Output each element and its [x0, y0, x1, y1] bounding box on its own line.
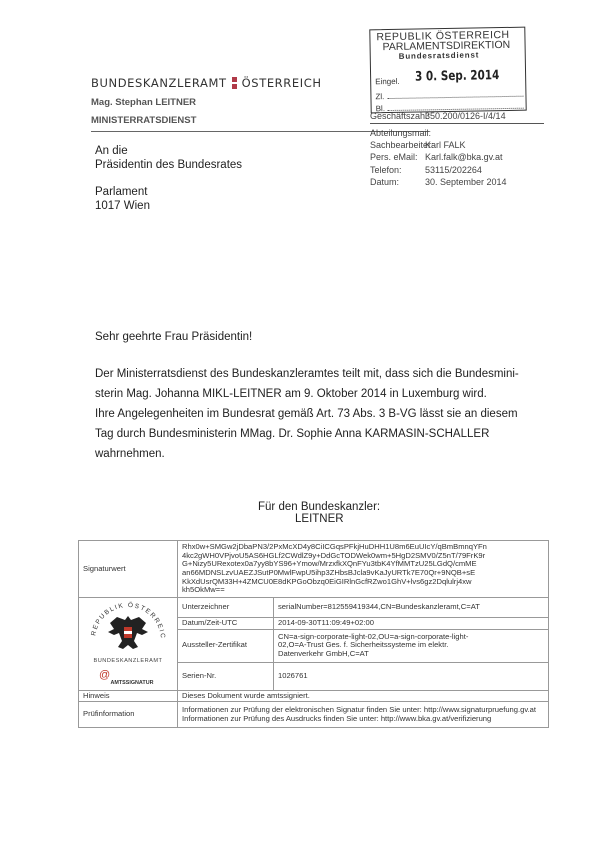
pruef-value: Informationen zur Prüfung der elektronis… [178, 702, 549, 728]
body-line: wahrnehmen. [95, 444, 525, 464]
aussteller-value: CN=a-sign-corporate-light-02,OU=a-sign-c… [274, 629, 549, 662]
receipt-stamp: REPUBLIK ÖSTERREICH PARLAMENTSDIREKTION … [369, 27, 526, 114]
serien-label: Serien-Nr. [178, 662, 274, 690]
stamp-eingel-label: Eingel. [375, 77, 400, 86]
body-line: Der Ministerratsdienst des Bundeskanzler… [95, 364, 525, 384]
org-name-left: BUNDESKANZLERAMT [91, 76, 227, 90]
recipient-address: An die Präsidentin des Bundesrates [95, 144, 242, 172]
contact-row: Telefon:53115/202264 [370, 165, 507, 177]
stamp-zl-label: Zl. [375, 92, 384, 101]
table-row: REPUBLIK ÖSTERREICH BUNDESKANZLERAMT @ A… [79, 598, 549, 618]
unterzeichner-label: Unterzeichner [178, 598, 274, 618]
contact-row: Sachbearbeiter:Karl FALK [370, 140, 507, 152]
reference-value: 350.200/0126-I/4/14 [425, 111, 506, 121]
serien-value: 1026761 [274, 662, 549, 690]
org-name-right: ÖSTERREICH [242, 76, 322, 90]
salutation: Sehr geehrte Frau Präsidentin! [95, 331, 252, 343]
recipient-location: Parlament 1017 Wien [95, 185, 150, 213]
email-link[interactable]: Karl.falk@bka.gv.at [425, 152, 503, 164]
hinweis-value: Dieses Dokument wurde amtssigniert. [178, 690, 549, 702]
amtssignatur-logo: REPUBLIK ÖSTERREICH BUNDESKANZLERAMT @ A… [79, 598, 178, 691]
table-row: Prüfinformation Informationen zur Prüfun… [79, 702, 549, 728]
sender-department: MINISTERRATSDIENST [91, 115, 196, 126]
sender-name: Mag. Stephan LEITNER [91, 97, 196, 108]
body-line: Tag durch Bundesministerin MMag. Dr. Sop… [95, 424, 525, 444]
stamp-zl-line [387, 88, 523, 99]
datum-value: 2014-09-30T11:09:49+02:00 [274, 618, 549, 630]
hinweis-label: Hinweis [79, 690, 178, 702]
verification-link[interactable]: Informationen zur Prüfung des Ausdrucks … [182, 715, 544, 724]
pruef-label: Prüfinformation [79, 702, 178, 728]
body-line: sterin Mag. Johanna MIKL-LEITNER am 9. O… [95, 384, 525, 404]
stamp-line-3: Bundesratsdienst [399, 50, 480, 60]
svg-text:AMTSSIGNATUR: AMTSSIGNATUR [110, 680, 153, 686]
austrian-eagle-icon: REPUBLIK ÖSTERREICH BUNDESKANZLERAMT @ A… [83, 600, 173, 688]
table-row: Hinweis Dieses Dokument wurde amtssignie… [79, 690, 549, 702]
signature-table: Signaturwert Rhx0w+SMGw2jDbaPN3/2PxMcXD4… [78, 540, 549, 728]
reference-number: Geschäftszahl: 350.200/0126-I/4/14 [370, 111, 430, 121]
stamp-bl-line [388, 100, 524, 111]
closing: Für den Bundeskanzler: [258, 501, 380, 513]
contact-row: Datum:30. September 2014 [370, 177, 507, 189]
svg-text:@: @ [99, 669, 110, 681]
stamp-date: 3 0. Sep. 2014 [415, 68, 499, 84]
meta-divider [370, 123, 544, 124]
contact-row: Pers. eMail:Karl.falk@bka.gv.at [370, 152, 507, 164]
unterzeichner-value: serialNumber=812559419344,CN=Bundeskanzl… [274, 598, 549, 618]
contact-row: Abteilungsmail: [370, 128, 507, 140]
datum-label: Datum/Zeit-UTC [178, 618, 274, 630]
contact-block: Abteilungsmail: Sachbearbeiter:Karl FALK… [370, 128, 507, 189]
signer-name: LEITNER [295, 513, 344, 525]
aussteller-label: Aussteller-Zertifikat [178, 629, 274, 662]
letter-body: Der Ministerratsdienst des Bundeskanzler… [95, 364, 525, 464]
signaturwert-value: Rhx0w+SMGw2jDbaPN3/2PxMcXD4y8CiICGqsPFkj… [178, 541, 549, 598]
signature-value-row: Signaturwert Rhx0w+SMGw2jDbaPN3/2PxMcXD4… [79, 541, 549, 598]
body-line: Ihre Angelegenheiten im Bundesrat gemäß … [95, 404, 525, 424]
reference-label: Geschäftszahl: [370, 111, 430, 121]
svg-text:BUNDESKANZLERAMT: BUNDESKANZLERAMT [94, 658, 163, 664]
signaturwert-label: Signaturwert [79, 541, 178, 598]
letterhead-logo: BUNDESKANZLERAMT ÖSTERREICH [91, 76, 322, 90]
brand-mark-icon [232, 77, 237, 89]
